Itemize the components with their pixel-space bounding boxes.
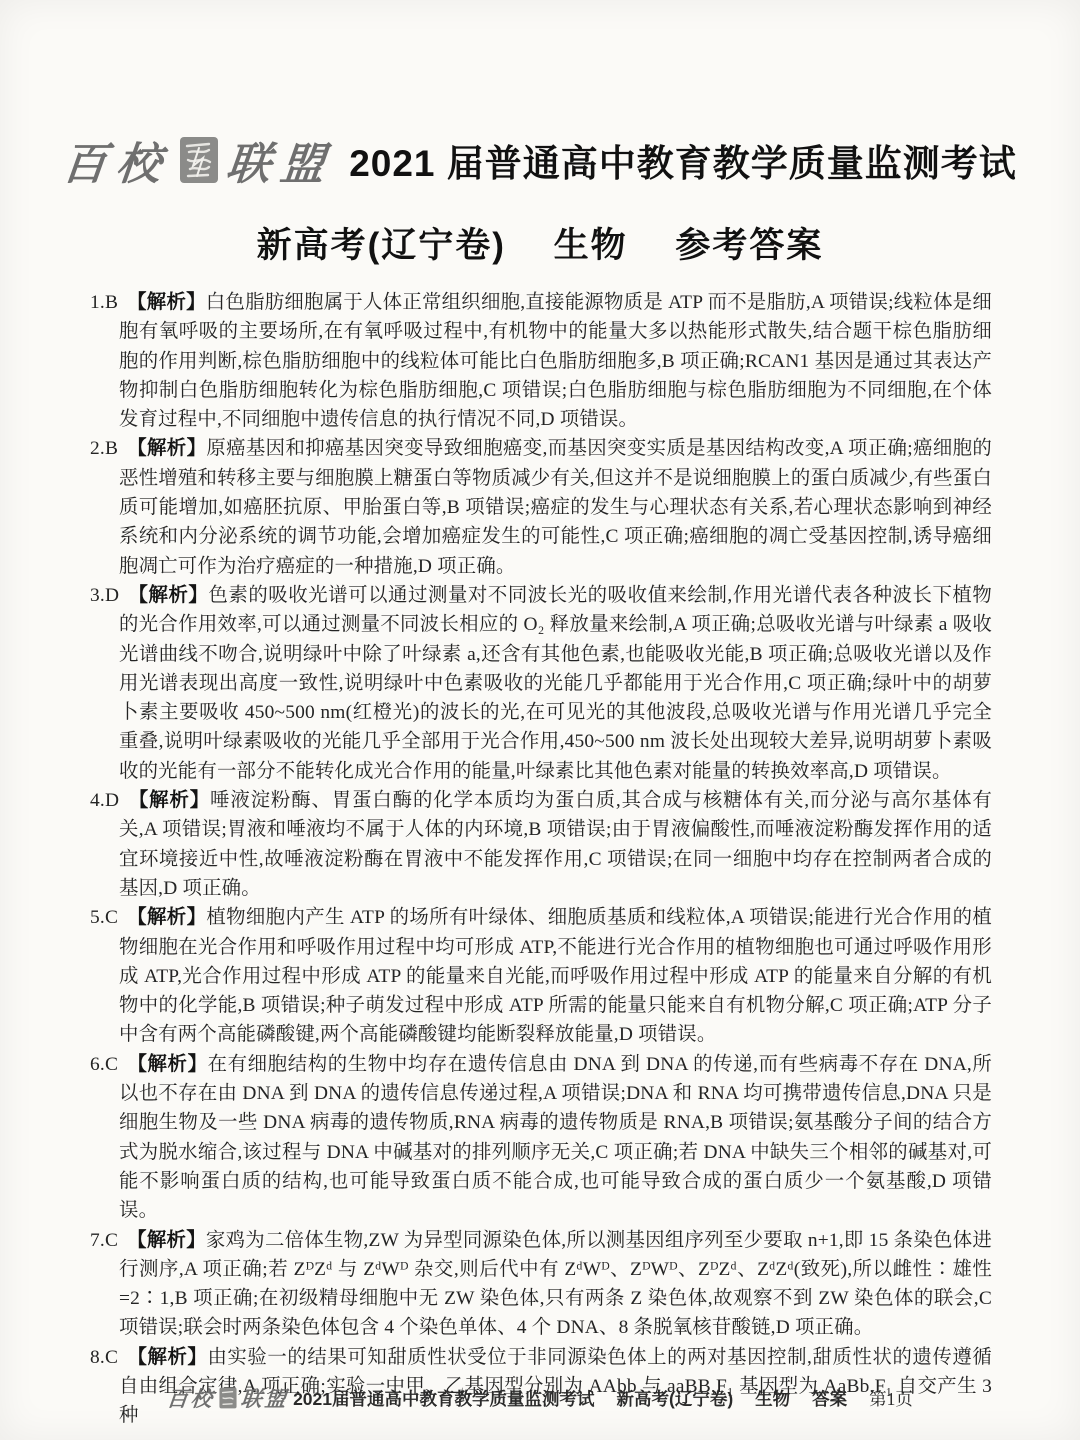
page-title: 2021 届普通高中教育教学质量监测考试 (349, 133, 1017, 187)
footer-subject: 生物 (755, 1386, 790, 1411)
analysis-tag: 【解析】 (127, 907, 206, 928)
page-subtitle: 新高考(辽宁卷) 生物 参考答案 (0, 218, 1080, 268)
analysis-tag: 【解析】 (127, 1347, 207, 1368)
page-footer: 百校 联盟 2021届普通高中教育教学质量监测考试 新高考(辽宁卷) 生物 答案… (0, 1383, 1080, 1413)
answer-explanation: 家鸡为二倍体生物,ZW 为异型同源染色体,所以测基因组序列至少要取 n+1,即 … (119, 1230, 992, 1339)
answer-explanation: 白色脂肪细胞属于人体正常组织细胞,直接能源物质是 ATP 而不是脂肪,A 项错误… (119, 292, 992, 430)
answer-explanation: 色素的吸收光谱可以通过测量对不同波长光的吸收值来绘制,作用光谱代表各种波长下植物… (119, 585, 992, 782)
footer-page-number: 第1页 (869, 1386, 913, 1411)
answer-number-choice: 8.C (90, 1347, 118, 1368)
answer-number-choice: 6.C (90, 1054, 118, 1075)
answer-item-3: 3.D【解析】色素的吸收光谱可以通过测量对不同波长光的吸收值来绘制,作用光谱代表… (90, 581, 992, 786)
footer-logo-left-text: 百校 (166, 1383, 217, 1413)
answer-number-choice: 5.C (90, 907, 118, 928)
answer-item-2: 2.B【解析】原癌基因和抑癌基因突变导致细胞癌变,而基因突变实质是基因结构改变,… (90, 434, 992, 580)
analysis-tag: 【解析】 (128, 790, 210, 811)
analysis-tag: 【解析】 (127, 1054, 208, 1075)
footer-brand-logo: 百校 联盟 (167, 1383, 289, 1413)
answer-item-7: 7.C【解析】家鸡为二倍体生物,ZW 为异型同源染色体,所以测基因组序列至少要取… (90, 1226, 992, 1343)
footer-exam-name: 新高考(辽宁卷) (617, 1386, 734, 1411)
document-page: 百校 联盟 2021 届普通高中教育教学质量监测考试 新高考(辽宁卷) 生物 参… (0, 0, 1080, 1440)
answer-explanation: 在有细胞结构的生物中均存在遗传信息由 DNA 到 DNA 的传递,而有些病毒不存… (119, 1054, 992, 1221)
brand-logo-right-text: 联盟 (224, 128, 339, 192)
answer-item-5: 5.C【解析】植物细胞内产生 ATP 的场所有叶绿体、细胞质基质和线粒体,A 项… (90, 903, 992, 1049)
answer-number-choice: 2.B (90, 438, 118, 459)
answer-explanation: 植物细胞内产生 ATP 的场所有叶绿体、细胞质基质和线粒体,A 项错误;能进行光… (119, 907, 992, 1045)
answer-explanation: 唾液淀粉酶、胃蛋白酶的化学本质均为蛋白质,其合成与核糖体有关,而分泌与高尔基体有… (119, 790, 992, 899)
answers-list: 1.B【解析】白色脂肪细胞属于人体正常组织细胞,直接能源物质是 ATP 而不是脂… (90, 288, 992, 1431)
answer-number-choice: 1.B (90, 292, 118, 313)
brand-logo: 百校 联盟 (63, 128, 335, 192)
document-header: 百校 联盟 2021 届普通高中教育教学质量监测考试 新高考(辽宁卷) 生物 参… (0, 0, 1080, 268)
analysis-tag: 【解析】 (127, 292, 206, 313)
subtitle-exam: 新高考(辽宁卷) (257, 226, 506, 265)
analysis-tag: 【解析】 (127, 438, 206, 459)
answer-item-4: 4.D【解析】唾液淀粉酶、胃蛋白酶的化学本质均为蛋白质,其合成与核糖体有关,而分… (90, 786, 992, 903)
answer-number-choice: 7.C (90, 1230, 118, 1251)
brand-logo-left-text: 百校 (60, 128, 175, 192)
subtitle-type: 参考答案 (675, 226, 823, 265)
answer-number-choice: 3.D (90, 585, 119, 606)
answer-item-1: 1.B【解析】白色脂肪细胞属于人体正常组织细胞,直接能源物质是 ATP 而不是脂… (90, 288, 992, 434)
title-row: 百校 联盟 2021 届普通高中教育教学质量监测考试 (0, 128, 1080, 192)
footer-exam-title: 2021届普通高中教育教学质量监测考试 (293, 1386, 594, 1411)
answer-item-6: 6.C【解析】在有细胞结构的生物中均存在遗传信息由 DNA 到 DNA 的传递,… (90, 1050, 992, 1226)
subtitle-subject: 生物 (554, 226, 628, 265)
answer-explanation: 原癌基因和抑癌基因突变导致细胞癌变,而基因突变实质是基因结构改变,A 项正确;癌… (119, 438, 992, 576)
footer-doc-type: 答案 (812, 1386, 847, 1411)
answer-number-choice: 4.D (90, 790, 119, 811)
seal-icon (179, 136, 219, 184)
analysis-tag: 【解析】 (128, 585, 208, 606)
footer-logo-right-text: 联盟 (240, 1383, 291, 1413)
seal-icon (219, 1387, 237, 1409)
analysis-tag: 【解析】 (127, 1230, 206, 1251)
